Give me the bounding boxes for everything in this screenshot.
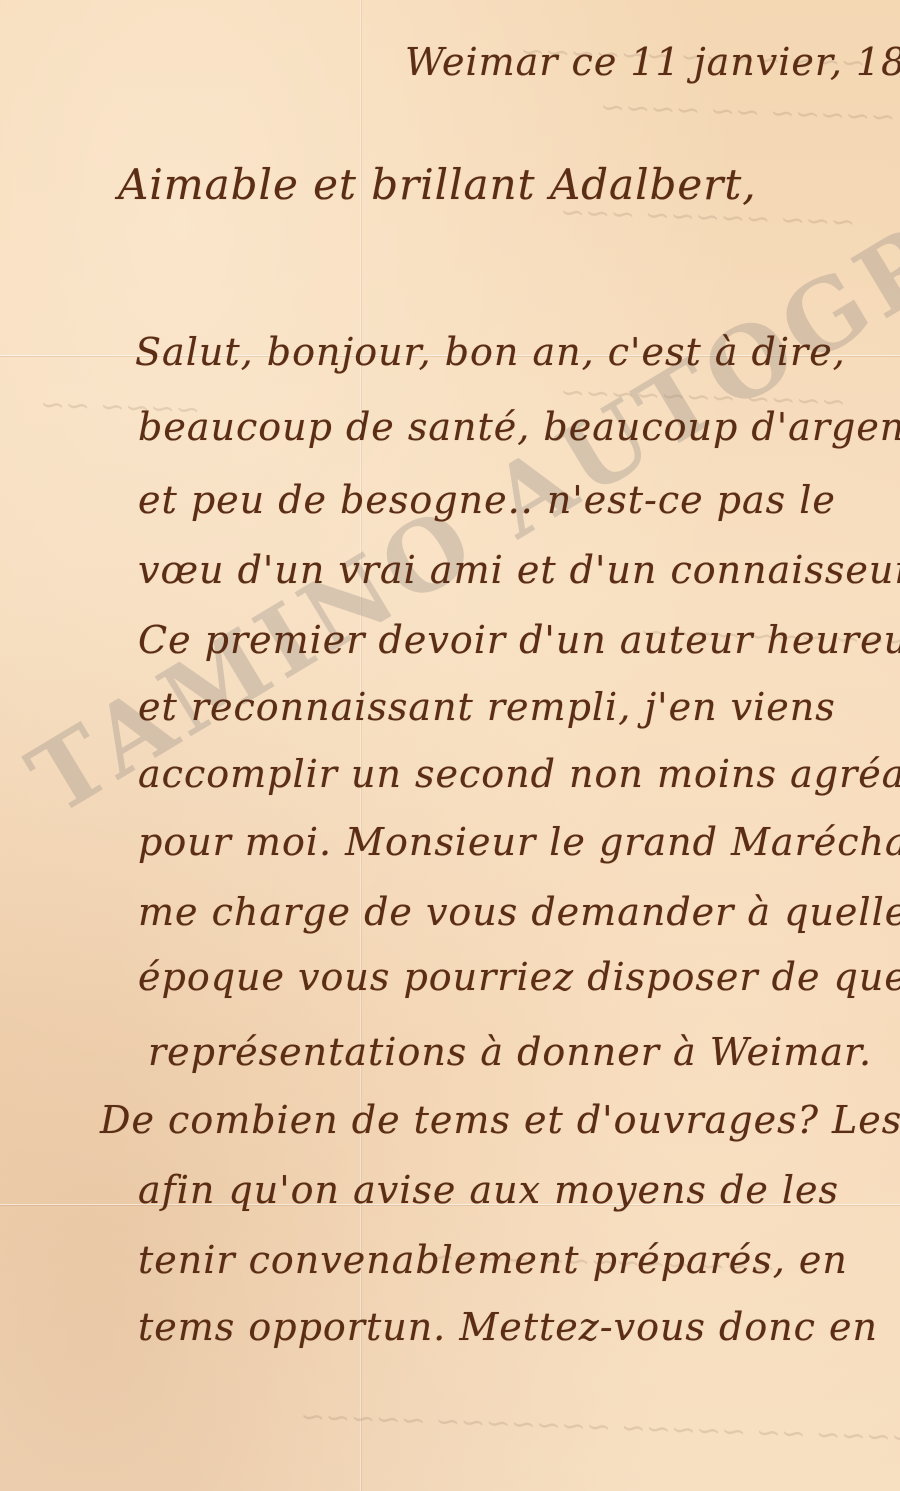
dateline: Weimar ce 11 janvier, 1840.: [405, 40, 900, 84]
body-line: De combien de tems et d'ouvrages? Lesque…: [100, 1098, 900, 1142]
body-line: me charge de vous demander à quelle: [138, 890, 900, 934]
body-line: et reconnaissant rempli, j'en viens: [138, 685, 836, 729]
body-line: Ce premier devoir d'un auteur heureux: [138, 618, 900, 662]
body-line: Salut, bonjour, bon an, c'est à dire,: [135, 330, 846, 374]
letter-page: ~~~ ~~~~ ~~~~~~ ~~~~~ ~~ ~~~~ ~~~ ~~~~~ …: [0, 0, 900, 1491]
body-line: tenir convenablement préparés, en: [138, 1238, 848, 1282]
body-line: et peu de besogne.. n'est-ce pas le: [138, 478, 836, 522]
bleed-through-writing: ~~~~~ ~~ ~~~~: [599, 90, 896, 135]
salutation: Aimable et brillant Adalbert,: [118, 160, 757, 209]
body-line: vœu d'un vrai ami et d'un connaisseur?: [138, 548, 900, 592]
body-line: représentations à donner à Weimar.: [148, 1030, 872, 1074]
body-line: époque vous pourriez disposer de quelque…: [138, 955, 900, 999]
bleed-through-writing: ~~~~ ~~ ~~~~~ ~~~~~~~ ~~~~~: [300, 1399, 900, 1455]
body-line: afin qu'on avise aux moyens de les: [138, 1168, 839, 1212]
body-line: beaucoup de santé, beaucoup d'argent: [138, 405, 900, 449]
body-line: accomplir un second non moins agréable: [138, 752, 900, 796]
body-line: pour moi. Monsieur le grand Maréchal: [138, 820, 900, 864]
body-line: tems opportun. Mettez-vous donc en: [138, 1305, 878, 1349]
